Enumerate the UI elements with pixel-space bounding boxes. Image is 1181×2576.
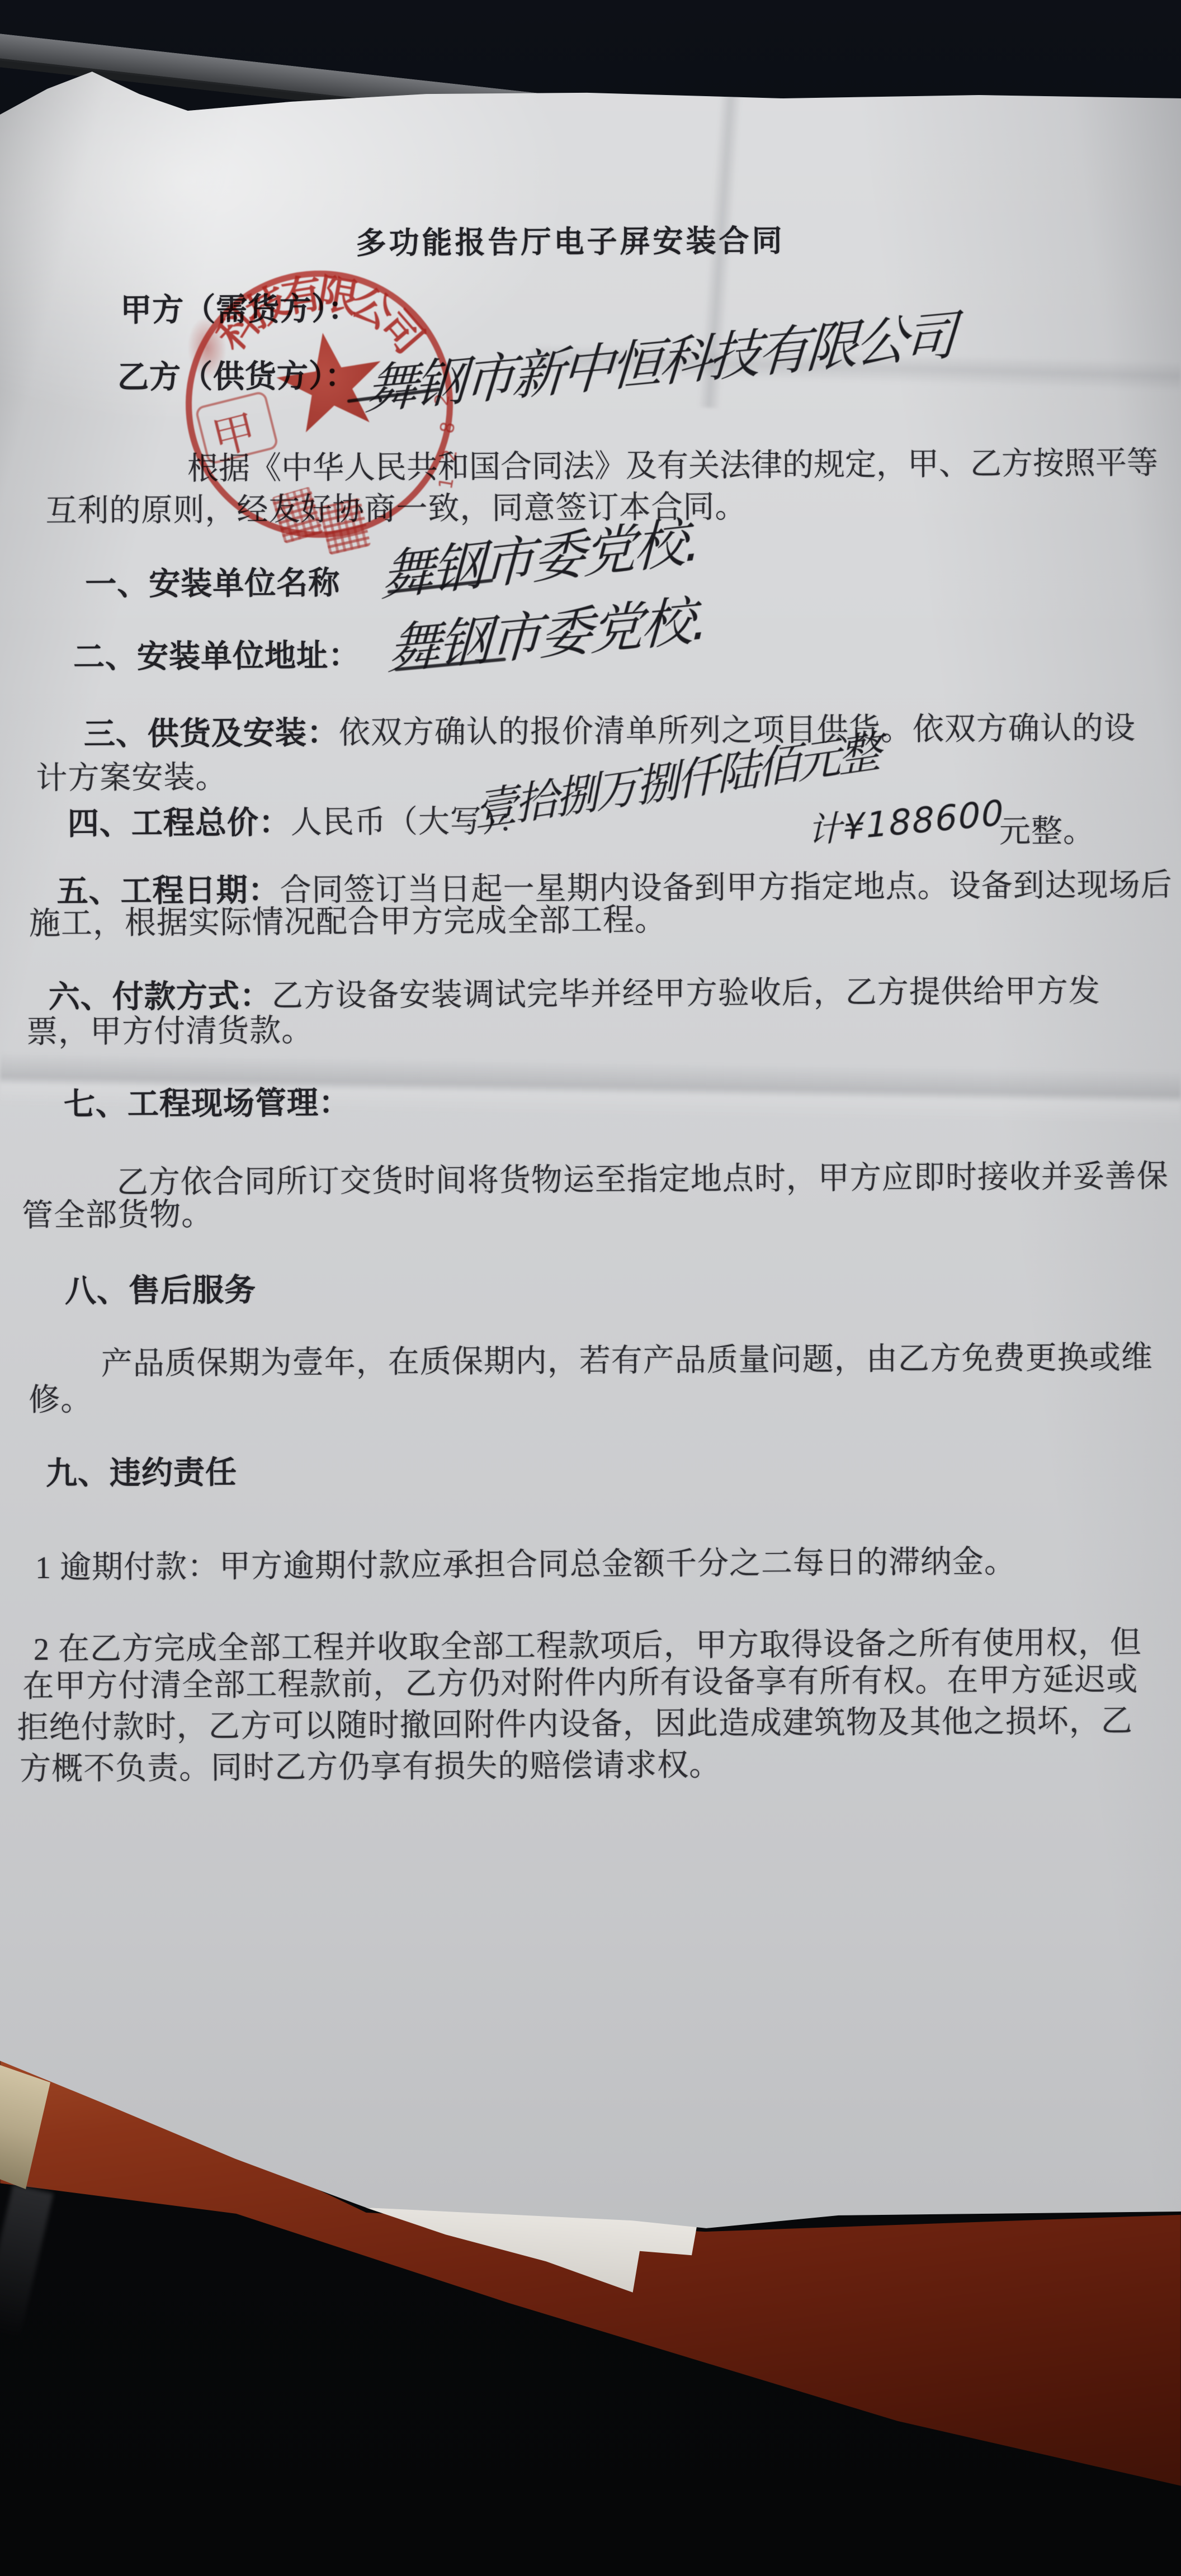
- clause-3-label: 三、供货及安装：: [84, 716, 339, 752]
- clause-6-line-2: 票，甲方付清货款。: [26, 1006, 313, 1052]
- clause-7-line-2: 管全部货物。: [22, 1190, 213, 1235]
- star-icon: [268, 324, 393, 445]
- seal-code-digit: 2: [431, 392, 455, 408]
- clause-4-label: 四、工程总价：: [68, 806, 291, 841]
- clause-9-label: 九、违约责任: [46, 1456, 237, 1491]
- clause-9-item-1: 1 逾期付款：甲方逾期付款应承担合同总金额千分之二每日的滞纳金。: [35, 1537, 1016, 1588]
- clause-8-line-2: 修。: [29, 1375, 92, 1420]
- clause-1-line: 一、安装单位名称: [85, 558, 340, 605]
- contract-title: 多功能报告厅电子屏安装合同: [356, 217, 785, 263]
- clause-7-label: 七、工程现场管理：: [64, 1086, 351, 1123]
- clause-9-item-2-line-4: 方概不负责。同时乙方仍享有损失的赔偿请求权。: [20, 1740, 721, 1789]
- clause-4-line: 四、工程总价：人民币（大写）：: [68, 797, 530, 844]
- clause-5-line-2: 施工，根据实际情况配合甲方完成全部工程。: [29, 895, 667, 944]
- clause-3-line-2: 计方案安装。: [36, 752, 227, 798]
- clause-2-line: 二、安装单位地址：: [73, 631, 360, 677]
- clause-8-label: 八、售后服务: [65, 1273, 256, 1309]
- clause-9-item-2-line-3: 拒绝付款时，乙方可以随时撤回附件内设备，因此造成建筑物及其他之损坏，乙: [17, 1696, 1133, 1748]
- clause-4-suffix: 元整。: [999, 806, 1095, 851]
- clause-1-label: 一、安装单位名称: [85, 566, 340, 603]
- clause-3-line-1: 三、供货及安装：依双方确认的报价清单所列之项目供货。依双方确认的设: [84, 703, 1136, 754]
- amount-figures-handwriting: 计¥188600: [807, 785, 1005, 853]
- clause-7-heading: 七、工程现场管理：: [64, 1078, 351, 1125]
- clause-8-heading: 八、售后服务: [65, 1266, 256, 1311]
- clause-2-label: 二、安装单位地址：: [73, 638, 360, 675]
- clause-7-line-1: 乙方依合同所订交货时间将货物运至指定地点时，甲方应即时接收并妥善保: [117, 1152, 1169, 1202]
- contract-photo: 多功能报告厅电子屏安装合同 甲方（需货方）： 乙方（供货方）： 舞钢市新中恒科技…: [0, 0, 1181, 2576]
- clause-9-heading: 九、违约责任: [46, 1448, 237, 1494]
- clause-8-line-1: 产品质保期为壹年，在质保期内，若有产品质量问题，由乙方免费更换或维: [101, 1333, 1153, 1384]
- contract-text: 多功能报告厅电子屏安装合同 甲方（需货方）： 乙方（供货方）： 舞钢市新中恒科技…: [0, 0, 1181, 2576]
- clause-6-text: 乙方设备安装调试完毕并经甲方验收后，乙方提供给甲方发: [272, 974, 1100, 1014]
